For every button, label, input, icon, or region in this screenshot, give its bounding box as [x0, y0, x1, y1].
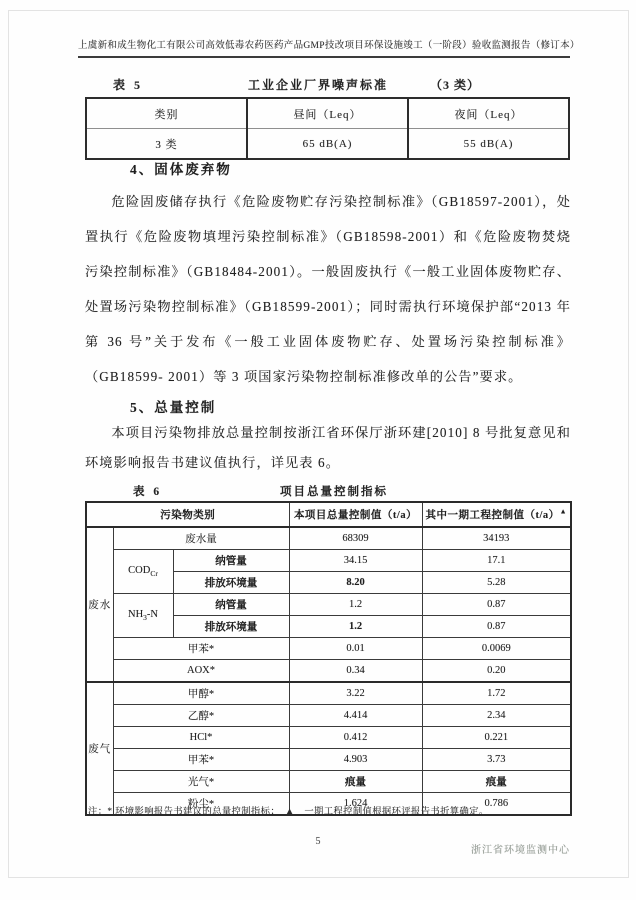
col-header-night: 夜间（Leq） — [408, 98, 569, 129]
value-project-total: 4.903 — [289, 749, 422, 771]
table-row-toluene-gas: 甲苯* 4.903 3.73 — [86, 749, 571, 771]
col-header-category: 类别 — [86, 98, 247, 129]
table-row-ethanol: 乙醇* 4.414 2.34 — [86, 705, 571, 727]
value-project-total: 1.2 — [289, 594, 422, 616]
total-control-table: 污染物类别 本项目总量控制值（t/a） 其中一期工程控制值（t/a）▲ 废水 废… — [85, 501, 572, 816]
table6-caption-number: 表 6 — [133, 483, 162, 499]
row-label: AOX* — [113, 660, 289, 683]
row-label: 排放环境量 — [173, 572, 289, 594]
table-row-cod-pipe: CODCr 纳管量 34.15 17.1 — [86, 550, 571, 572]
row-label: 纳管量 — [173, 550, 289, 572]
header-project-total: 本项目总量控制值（t/a） — [289, 502, 422, 527]
row-label: 光气* — [113, 771, 289, 793]
value-phase1: 0.20 — [422, 660, 571, 683]
row-label: 甲醇* — [113, 682, 289, 705]
table6-caption-title: 项目总量控制指标 — [280, 483, 388, 499]
row-label: 乙醇* — [113, 705, 289, 727]
document-page: 上虞新和成生物化工有限公司高效低毒农药医药产品GMP技改项目环保设施竣工（一阶段… — [0, 0, 636, 900]
row-label: 纳管量 — [173, 594, 289, 616]
table5-caption: 表 5 工业企业厂界噪声标准 （3 类） — [85, 76, 570, 92]
value-project-total: 8.20 — [289, 572, 422, 594]
noise-standard-table: 类别 昼间（Leq） 夜间（Leq） 3 类 65 dB(A) 55 dB(A) — [85, 97, 570, 160]
header-pollutant-category: 污染物类别 — [86, 502, 289, 527]
noise-class-cell: 3 类 — [86, 129, 247, 160]
row-label: HCl* — [113, 727, 289, 749]
table-row: 类别 昼间（Leq） 夜间（Leq） — [86, 98, 569, 129]
table-row-hcl: HCl* 0.412 0.221 — [86, 727, 571, 749]
table-row-toluene-water: 甲苯* 0.01 0.0069 — [86, 638, 571, 660]
table-row-wastewater-flow: 废水 废水量 68309 34193 — [86, 527, 571, 550]
value-phase1: 34193 — [422, 527, 571, 550]
col-header-daytime: 昼间（Leq） — [247, 98, 408, 129]
table-row-nh3-pipe: NH3-N 纳管量 1.2 0.87 — [86, 594, 571, 616]
table-row-phosgene: 光气* 痕量 痕量 — [86, 771, 571, 793]
table5-caption-number: 表 5 — [113, 76, 143, 93]
value-phase1: 3.73 — [422, 749, 571, 771]
value-phase1: 5.28 — [422, 572, 571, 594]
table-header-row: 污染物类别 本项目总量控制值（t/a） 其中一期工程控制值（t/a）▲ — [86, 502, 571, 527]
table5-caption-class: （3 类） — [430, 76, 480, 93]
running-header: 上虞新和成生物化工有限公司高效低毒农药医药产品GMP技改项目环保设施竣工（一阶段… — [78, 37, 570, 58]
noise-night-cell: 55 dB(A) — [408, 129, 569, 160]
group-label-wastewater: 废水 — [86, 527, 113, 682]
row-label: 甲苯* — [113, 638, 289, 660]
row-label: 废水量 — [113, 527, 289, 550]
group-label-wastegas: 废气 — [86, 682, 113, 815]
table5-caption-title: 工业企业厂界噪声标准 — [248, 76, 388, 93]
value-project-total: 3.22 — [289, 682, 422, 705]
value-phase1: 17.1 — [422, 550, 571, 572]
value-project-total: 68309 — [289, 527, 422, 550]
value-project-total: 0.34 — [289, 660, 422, 683]
value-phase1: 0.0069 — [422, 638, 571, 660]
nh3-part1: NH — [128, 609, 143, 620]
section5-heading: 5、总量控制 — [85, 396, 570, 416]
noise-day-cell: 65 dB(A) — [247, 129, 408, 160]
value-phase1: 0.221 — [422, 727, 571, 749]
value-phase1: 痕量 — [422, 771, 571, 793]
value-project-total: 4.414 — [289, 705, 422, 727]
table-row-aox: AOX* 0.34 0.20 — [86, 660, 571, 683]
section4-heading: 4、固体废弃物 — [85, 158, 570, 178]
value-phase1: 1.72 — [422, 682, 571, 705]
table-row-methanol: 废气 甲醇* 3.22 1.72 — [86, 682, 571, 705]
table6-footnote: 注：* 环境影响报告书建议的总量控制指标； ▲ 一期工程控制值根据环评报告书折算… — [88, 803, 570, 817]
section4-paragraph: 危险固废储存执行《危险废物贮存污染控制标准》（GB18597-2001），处置执… — [85, 184, 571, 394]
nh3-part2: -N — [147, 609, 158, 620]
value-phase1: 0.87 — [422, 616, 571, 638]
value-project-total: 痕量 — [289, 771, 422, 793]
pollutant-label-cod: CODCr — [113, 550, 173, 594]
row-label: 排放环境量 — [173, 616, 289, 638]
header-phase1-value: 其中一期工程控制值（t/a）▲ — [422, 502, 571, 527]
footer-organization: 浙江省环境监测中心 — [471, 841, 570, 856]
section5-paragraph: 本项目污染物排放总量控制按浙江省环保厅浙环建[2010] 8 号批复意见和环境影… — [85, 418, 571, 478]
value-project-total: 1.2 — [289, 616, 422, 638]
value-phase1: 0.87 — [422, 594, 571, 616]
pollutant-label-nh3n: NH3-N — [113, 594, 173, 638]
table-row: 3 类 65 dB(A) 55 dB(A) — [86, 129, 569, 160]
value-project-total: 0.01 — [289, 638, 422, 660]
value-project-total: 34.15 — [289, 550, 422, 572]
header-phase1-text: 其中一期工程控制值（t/a） — [425, 510, 559, 521]
cod-subscript: Cr — [150, 569, 158, 578]
row-label: 甲苯* — [113, 749, 289, 771]
value-phase1: 2.34 — [422, 705, 571, 727]
cod-base: COD — [128, 565, 150, 576]
value-project-total: 0.412 — [289, 727, 422, 749]
table6-caption: 表 6 项目总量控制指标 — [85, 483, 570, 498]
triangle-marker: ▲ — [560, 508, 567, 516]
